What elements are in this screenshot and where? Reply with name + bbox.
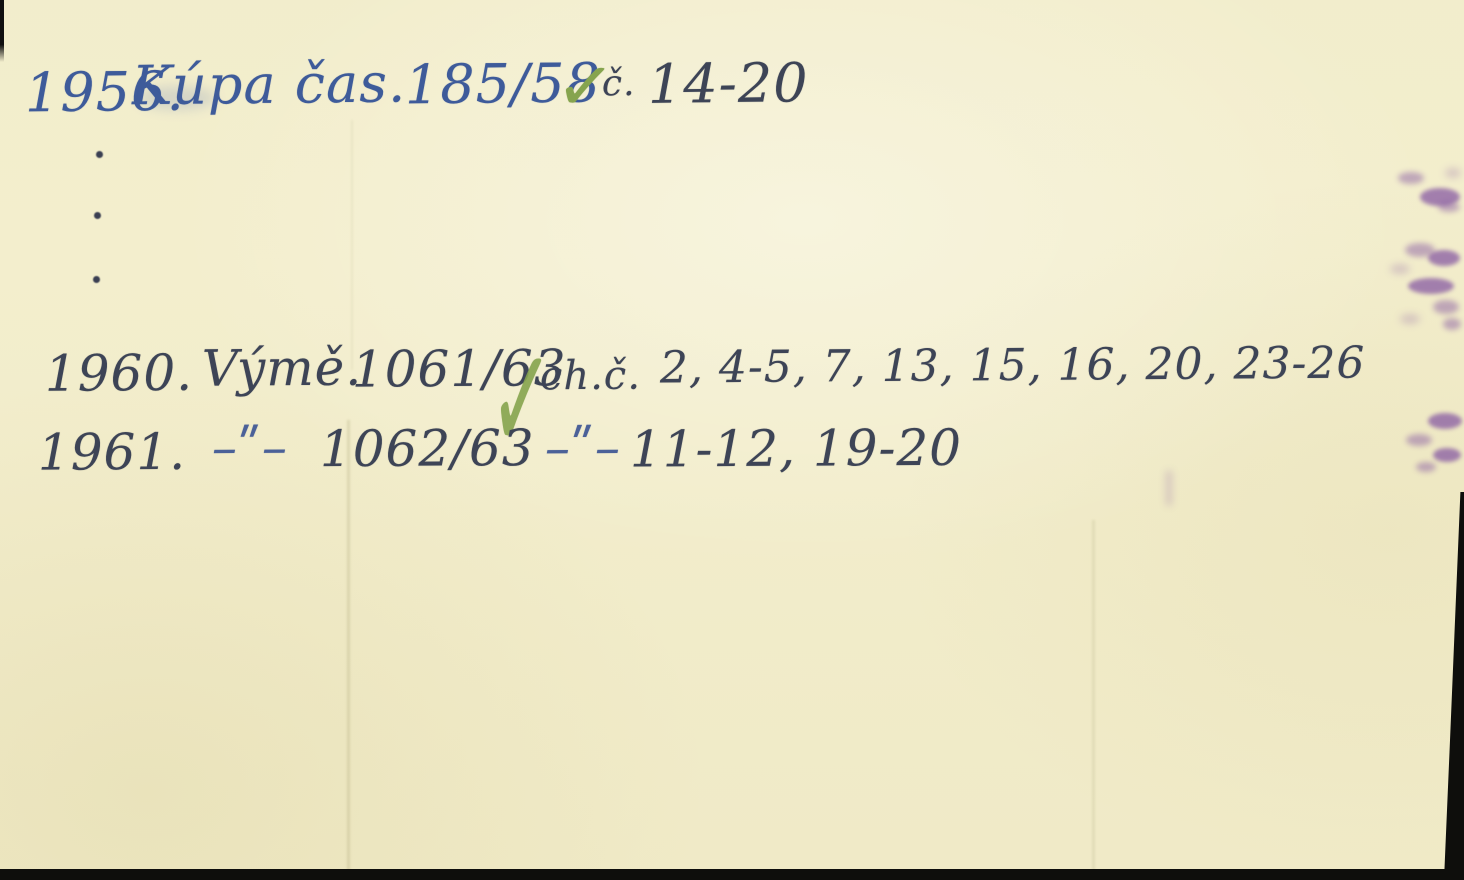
list-dot	[93, 276, 100, 283]
scan-edge-left	[0, 0, 4, 62]
entry-number: 1062/63	[320, 419, 535, 478]
entry-method: Výmě.	[202, 339, 363, 398]
list-dot	[96, 151, 103, 158]
scanned-accession-card: 1956. Kúpa čas. 185/58 ✓ č. 14-20 1960. …	[0, 0, 1464, 880]
entry-method: Kúpa čas.	[132, 51, 407, 117]
ditto-mark: –ʺ–	[545, 419, 621, 477]
paper-crease	[351, 120, 353, 370]
list-dot	[94, 212, 101, 219]
entry-issues: 2, 4-5, 7, 13, 15, 16, 20, 23-26	[660, 338, 1366, 394]
scan-edge-right	[1444, 492, 1464, 880]
ditto-mark: –ʺ–	[212, 418, 288, 476]
entry-row-1961: 1961. –ʺ– 1062/63 –ʺ– 11-12, 19-20	[0, 412, 1464, 510]
entry-issues: 11-12, 19-20	[630, 419, 962, 479]
entry-note: ch.č.	[540, 353, 641, 400]
paper-crease	[1092, 520, 1095, 880]
entry-year: 1961.	[38, 423, 186, 482]
scan-edge-bottom	[0, 869, 1464, 880]
entry-note: č.	[602, 63, 636, 104]
entry-year: 1960.	[45, 344, 194, 403]
entry-issues: 14-20	[648, 51, 809, 116]
entry-row-1956: 1956. Kúpa čas. 185/58 ✓ č. 14-20	[0, 40, 1464, 145]
